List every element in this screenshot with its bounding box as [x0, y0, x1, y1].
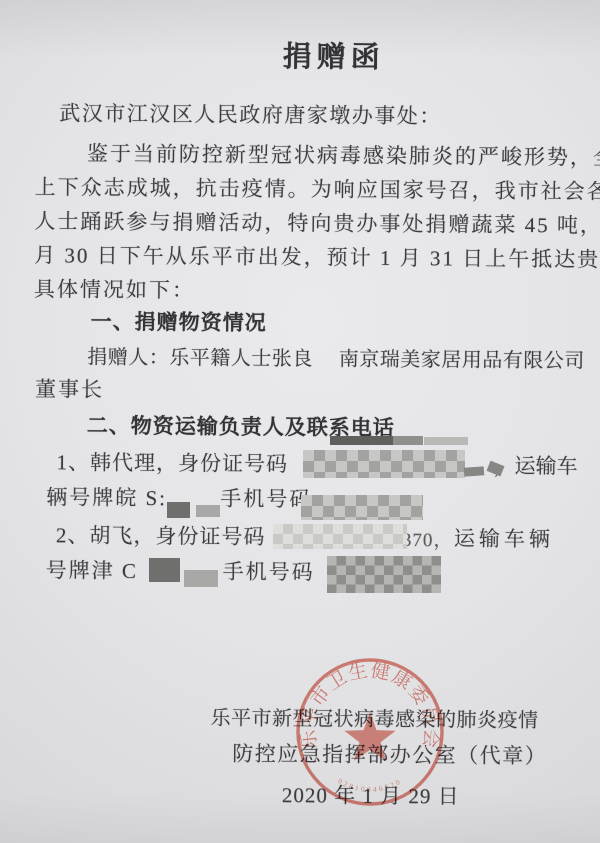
item2-line2-phone-label: 手机号码 [223, 560, 315, 586]
seal-graphic: 乐平市卫生健康委员会 02810046520 [285, 647, 455, 817]
redaction-cell-plate1-light [196, 505, 220, 517]
donor-line: 捐赠人：乐平籍人士张良 南京瑞美家居用品有限公司 [87, 346, 585, 374]
item1-line1-after-redaction: ，运输车 [493, 454, 577, 480]
redaction-cell-plate2-dark [149, 558, 180, 582]
item1-line2-lead: 辆号牌皖 S: [46, 485, 167, 511]
item1-line1-lead: 1、韩代理，身份证号码 [56, 450, 288, 477]
document-photo: 捐赠函 武汉市江汉区人民政府唐家墩办事处： 鉴于当前防控新型冠状病毒感染肺炎的严… [0, 0, 600, 843]
item1-line2-phone-label: 手机号码 [220, 487, 312, 513]
item2-line1-lead: 2、胡飞，身份证号码 [56, 523, 266, 550]
paragraph-line-3: 人士踊跃参与捐赠活动，特向贵办事处捐赠蔬菜 45 吨，于 1 [34, 209, 600, 239]
redaction-smudge-phone-heading-light [424, 437, 468, 445]
redaction-dash-1 [464, 466, 485, 476]
redaction-mosaic-id2 [273, 524, 407, 549]
item2-line1-after-redaction: 运输车辆 [454, 526, 554, 552]
item2-id-visible-fragment: 370， [402, 530, 454, 553]
redaction-mosaic-phone1 [301, 495, 423, 520]
redaction-mosaic-phone2 [327, 556, 441, 593]
paragraph-line-5: 具体情况如下： [34, 277, 195, 303]
redaction-cell-plate2-light [184, 570, 218, 587]
redaction-smudge-phone-heading [330, 436, 423, 445]
section1-heading: 一、捐赠物资情况 [91, 310, 267, 337]
seal-star-icon [344, 712, 395, 761]
seal-code: 02810046520 [336, 776, 403, 794]
donor-line-2: 董事长 [35, 377, 104, 403]
document-title: 捐赠函 [283, 40, 385, 76]
paragraph-line-4: 月 30 日下午从乐平市出发，预计 1 月 31 日上午抵达贵地， [34, 243, 600, 273]
official-seal-stamp: 乐平市卫生健康委员会 02810046520 [285, 647, 455, 817]
paragraph-line-1: 鉴于当前防控新型冠状病毒感染肺炎的严峻形势，全国 [87, 142, 600, 172]
redaction-mosaic-id1 [303, 450, 465, 478]
paragraph-line-2: 上下众志成城，抗击疫情。为响应国家号召，我市社会各界 [35, 175, 600, 205]
salutation-line: 武汉市江汉区人民政府唐家墩办事处： [59, 101, 442, 129]
redaction-cell-plate1-dark [167, 502, 190, 518]
item2-line2-lead: 号牌津 C [46, 558, 138, 584]
